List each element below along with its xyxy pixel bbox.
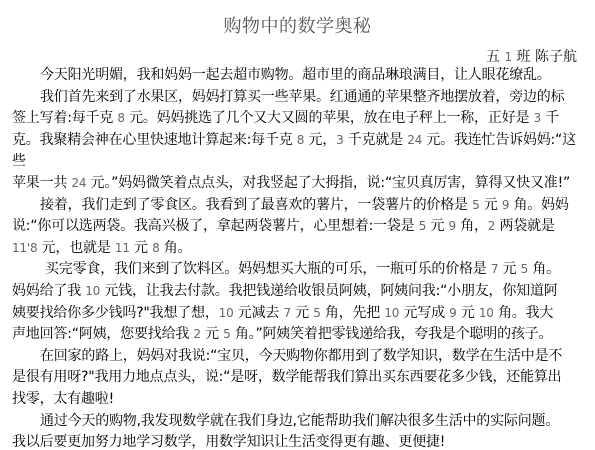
number-text: 24 (71, 176, 86, 190)
number-text: 5 (223, 327, 230, 341)
paragraph-line: 姨要找给你多少钱吗?"我想了想，10 元减去 7 元 5 角，先把 10 元写成… (12, 303, 587, 325)
number-text: 3 (336, 133, 343, 147)
number-text: 8 (297, 133, 304, 147)
number-text: 1 (504, 50, 512, 64)
paragraph-line: 通过今天的购物,我发现数学就在我们身边,它能帮助我们解决很多生活中的实际问题。 (12, 411, 587, 433)
paragraph-line: 在回家的路上，妈妈对我说:“宝贝，今天购物你都用到了数学知识，数学在生活中是不 (12, 346, 587, 368)
paragraph-line: 是很有用呀?"我用力地点点头，说:“是呀，数学能帮我们算出买东西要花多少钱，还能… (12, 367, 587, 389)
number-text: 10 (384, 306, 399, 320)
paragraph-line: 接着，我们走到了零食区。我看到了最喜欢的薯片，一袋薯片的价格是 5 元 9 角。… (12, 195, 587, 217)
paragraph-line: 我以后要更加努力地学习数学，用数学知识让生活变得更有趣、更便捷! (12, 432, 587, 450)
paragraph-line: 苹果一共 24 元。”妈妈微笑着点点头，对我竖起了大拇指，说:“宝贝真厉害，算得… (12, 173, 587, 195)
number-text: 24 (407, 133, 422, 147)
number-text: 5 (313, 306, 320, 320)
number-text: 9 (502, 198, 509, 212)
paragraph-line: 找零，太有趣啦! (12, 389, 587, 411)
number-text: 2 (193, 327, 200, 341)
paragraph-line: 11'8 元，也就是 11 元 8 角。 (12, 238, 587, 260)
number-text: 9 (449, 219, 456, 233)
author-line: 五 1 班 陈子航 (486, 46, 577, 66)
paragraph-line: 买完零食，我们来到了饮料区。妈妈想买大瓶的可乐，一瓶可乐的价格是 7 元 5 角… (12, 259, 587, 281)
paragraph-line: 声地回答:“阿姨，您要找给我 2 元 5 角。”阿姨笑着把零钱递给我，夸我是个聪… (12, 324, 587, 346)
number-text: 5 (472, 198, 479, 212)
paragraph-line: 我们首先来到了水果区，妈妈打算买一些苹果。红通通的苹果整齐地摆放着，旁边的标 (12, 87, 587, 109)
number-text: 5 (419, 219, 426, 233)
number-text: 8 (152, 241, 159, 255)
number-text: 3 (534, 111, 541, 125)
paragraph-line: 妈妈给了我 10 元钱，让我去付款。我把钱递给收银员阿姨，阿姨问我:“小朋友，你… (12, 281, 587, 303)
paragraph-line: 签上写着:每千克 8 元。妈妈挑选了几个又大又圆的苹果，放在电子秤上一称，正好是… (12, 108, 587, 130)
number-text: 11'8 (12, 241, 37, 255)
number-text: 9 (449, 306, 456, 320)
number-text: 2 (488, 219, 495, 233)
number-text: 5 (521, 262, 528, 276)
number-text: 10 (479, 306, 494, 320)
paragraph-line: 今天阳光明媚，我和妈妈一起去超市购物。超市里的商品琳琅满目，让人眼花缭乱。 (12, 65, 587, 87)
number-text: 7 (283, 306, 290, 320)
paragraph-line: 克。我聚精会神在心里快速地计算起来:每千克 8 元，3 千克就是 24 元。我连… (12, 130, 587, 152)
paragraph-line: 些 (12, 151, 587, 173)
number-text: 10 (219, 306, 234, 320)
number-text: 7 (491, 262, 498, 276)
paragraph-line: 说:“你可以选两袋。我高兴极了，拿起两袋薯片，心里想着:一袋是 5 元 9 角，… (12, 216, 587, 238)
number-text: 10 (85, 284, 100, 298)
number-text: 11 (115, 241, 130, 255)
document-title: 购物中的数学奥秘 (0, 12, 595, 38)
document-body: 今天阳光明媚，我和妈妈一起去超市购物。超市里的商品琳琅满目，让人眼花缭乱。 我们… (12, 65, 587, 450)
number-text: 8 (117, 111, 124, 125)
